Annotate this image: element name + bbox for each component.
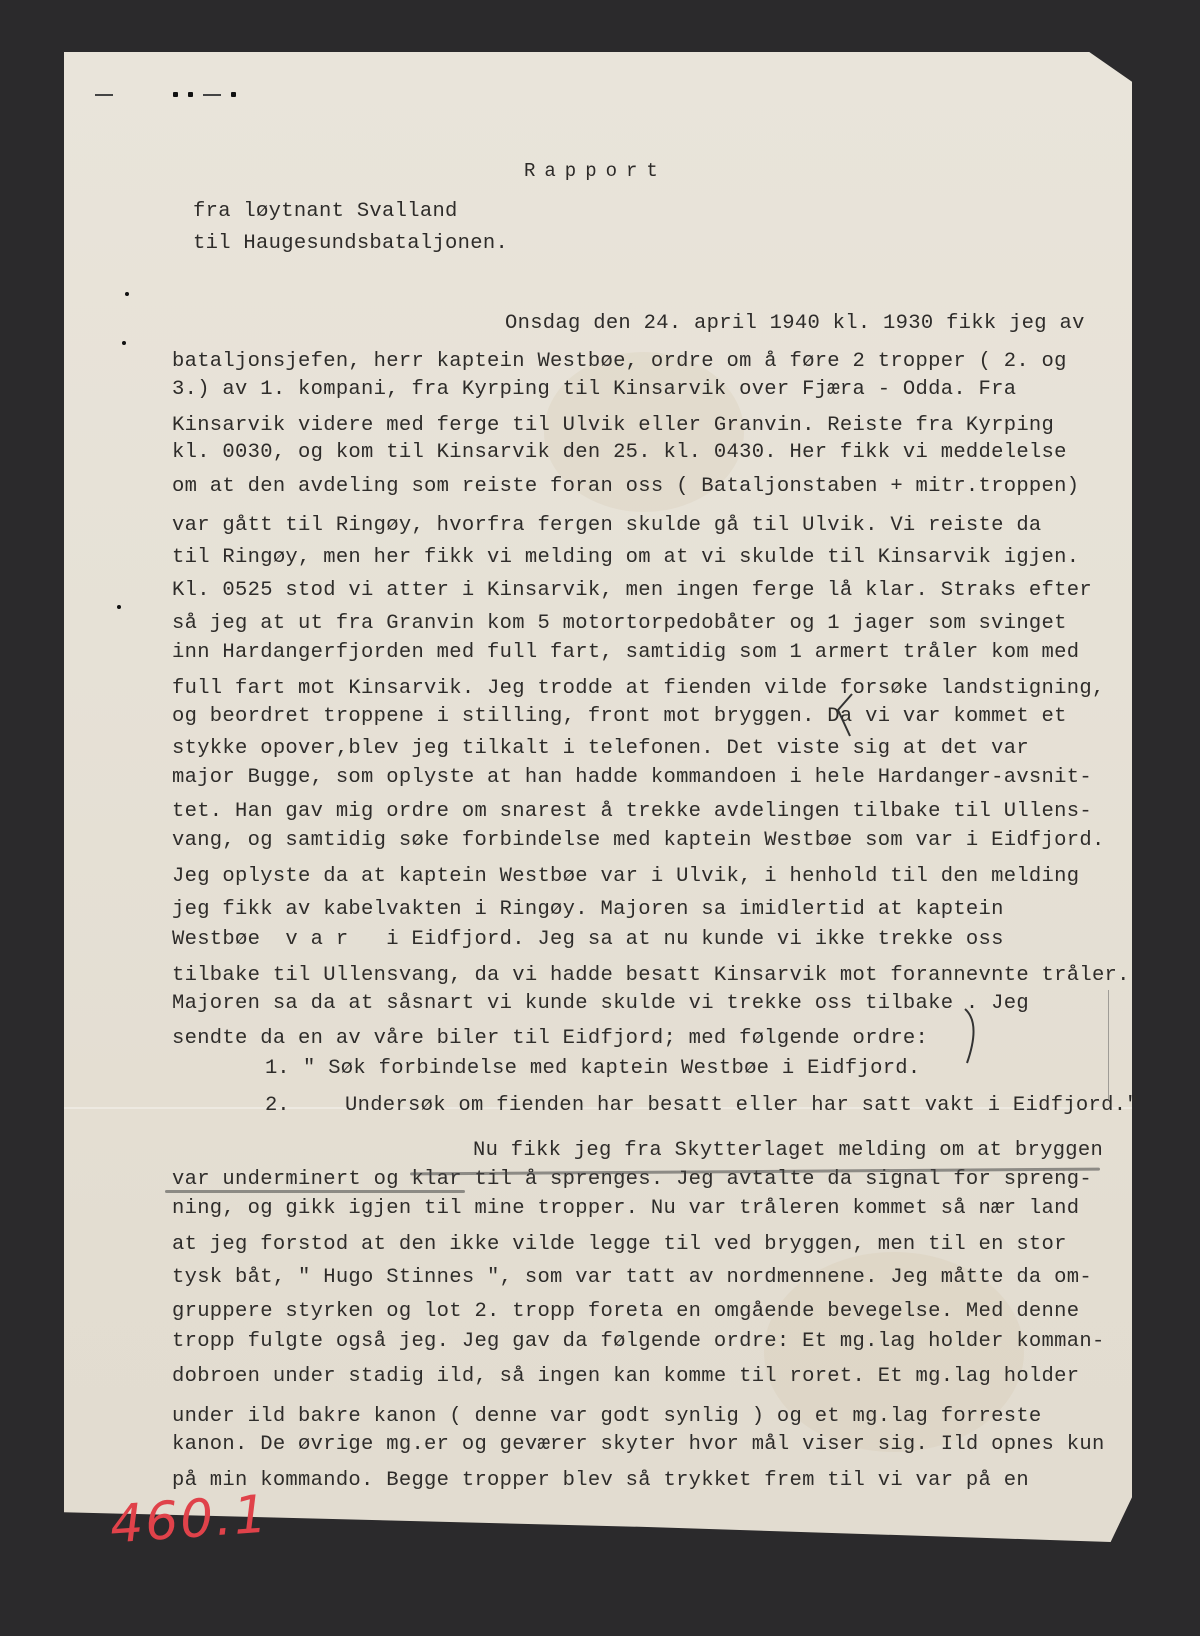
binding-hole [117, 605, 121, 609]
body-line: tilbake til Ullensvang, da vi hadde besa… [172, 964, 1130, 987]
body-line: gruppere styrken og lot 2. tropp foreta … [172, 1300, 1079, 1323]
body-line: Jeg oplyste da at kaptein Westbøe var i … [172, 865, 1079, 888]
binding-hole [173, 92, 178, 97]
body-line: Nu fikk jeg fra Skytterlaget melding om … [473, 1139, 1103, 1162]
pencil-bracket-close-icon [955, 1005, 995, 1070]
body-line: under ild bakre kanon ( denne var godt s… [172, 1405, 1042, 1428]
body-line: Onsdag den 24. april 1940 kl. 1930 fikk … [505, 312, 1085, 335]
order-text: " Søk forbindelse med kaptein Westbøe i … [303, 1057, 921, 1080]
body-line: major Bugge, som oplyste at han hadde ko… [172, 766, 1092, 789]
binding-hole [122, 341, 126, 345]
pencil-margin-line [1108, 990, 1109, 1100]
body-line: kanon. De øvrige mg.er og geværer skyter… [172, 1433, 1105, 1456]
body-line: dobroen under stadig ild, så ingen kan k… [172, 1365, 1079, 1388]
body-line: Majoren sa da at såsnart vi kunde skulde… [172, 992, 1029, 1015]
body-line: vang, og samtidig søke forbindelse med k… [172, 829, 1105, 852]
body-line: på min kommando. Begge tropper blev så t… [172, 1469, 1029, 1492]
binding-hole [231, 92, 236, 97]
body-line: Westbøe v a r i Eidfjord. Jeg sa at nu k… [172, 928, 1004, 951]
binding-dash [95, 94, 113, 96]
archive-number: 460.1 [108, 1485, 271, 1556]
order-number: 2. [265, 1094, 290, 1117]
binding-marks [95, 92, 236, 97]
document-title: Rapport [524, 160, 667, 182]
body-line: om at den avdeling som reiste foran oss … [172, 475, 1079, 498]
binding-hole [125, 292, 129, 296]
body-line: til Ringøy, men her fikk vi melding om a… [172, 546, 1079, 569]
binding-hole [188, 92, 193, 97]
body-line: kl. 0030, og kom til Kinsarvik den 25. k… [172, 441, 1067, 464]
pencil-bracket-open-icon [830, 690, 860, 740]
body-line: og beordret troppene i stilling, front m… [172, 705, 1067, 728]
body-line: stykke opover,blev jeg tilkalt i telefon… [172, 737, 1029, 760]
body-line: var gått til Ringøy, hvorfra fergen skul… [172, 514, 1042, 537]
pencil-underline [165, 1190, 465, 1193]
to-line: til Haugesundsbataljonen. [193, 232, 508, 255]
from-line: fra løytnant Svalland [193, 200, 458, 223]
body-line: Kl. 0525 stod vi atter i Kinsarvik, men … [172, 579, 1092, 602]
body-line: inn Hardangerfjorden med full fart, samt… [172, 641, 1079, 664]
body-line: bataljonsjefen, herr kaptein Westbøe, or… [172, 350, 1067, 373]
body-line: sendte da en av våre biler til Eidfjord;… [172, 1027, 928, 1050]
order-number: 1. [265, 1057, 290, 1080]
body-line: at jeg forstod at den ikke vilde legge t… [172, 1233, 1067, 1256]
body-line: Kinsarvik videre med ferge til Ulvik ell… [172, 414, 1054, 437]
body-line: tet. Han gav mig ordre om snarest å trek… [172, 800, 1092, 823]
body-line: full fart mot Kinsarvik. Jeg trodde at f… [172, 677, 1105, 700]
body-line: tropp fulgte også jeg. Jeg gav da følgen… [172, 1330, 1105, 1353]
body-line: tysk båt, " Hugo Stinnes ", som var tatt… [172, 1266, 1092, 1289]
order-text: Undersøk om fienden har besatt eller har… [345, 1094, 1139, 1117]
body-line: så jeg at ut fra Granvin kom 5 motortorp… [172, 612, 1067, 635]
body-line: jeg fikk av kabelvakten i Ringøy. Majore… [172, 898, 1004, 921]
binding-dash [203, 94, 221, 96]
body-line: 3.) av 1. kompani, fra Kyrping til Kinsa… [172, 378, 1016, 401]
body-line: ning, og gikk igjen til mine tropper. Nu… [172, 1197, 1079, 1220]
